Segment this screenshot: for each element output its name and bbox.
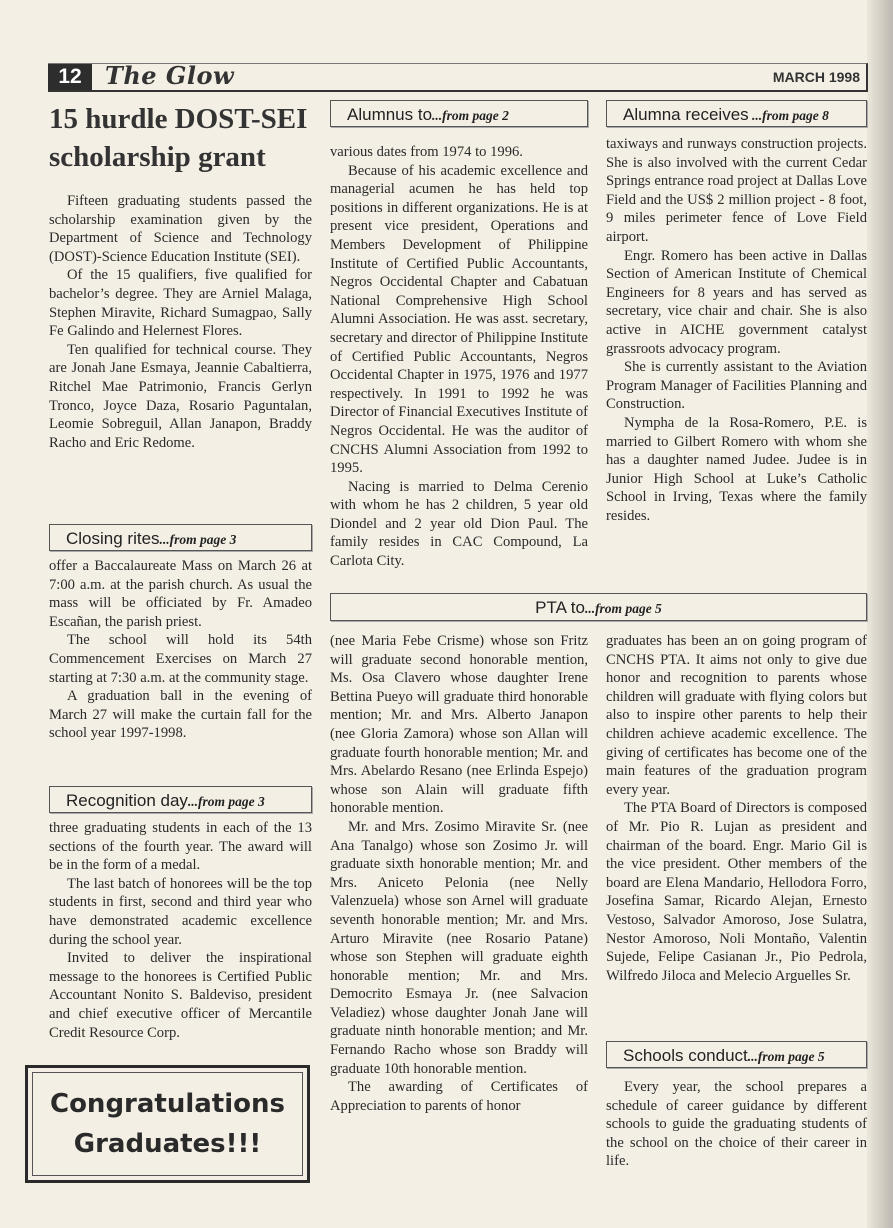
jump-header-closing-rites: Closing rites...from page 3 <box>49 524 312 551</box>
jump-title: Closing rites <box>66 529 160 548</box>
jump-from-page-link[interactable]: from page 2 <box>442 108 509 123</box>
pta-column-2: graduates has been an on going program o… <box>606 632 867 985</box>
recognition-day-section: Recognition day...from page 3 three grad… <box>49 786 312 1042</box>
article-paragraph: three graduating students in each of the… <box>49 819 312 875</box>
jump-from-page-link[interactable]: from page 8 <box>762 108 829 123</box>
article-paragraph: graduates has been an on going program o… <box>606 632 867 799</box>
jump-title: Alumna receives <box>623 105 749 124</box>
article-paragraph: Fifteen graduating students passed the s… <box>49 192 312 266</box>
article-paragraph: The PTA Board of Directors is composed o… <box>606 799 867 985</box>
headline-line-1: 15 hurdle DOST-SEI <box>49 103 307 135</box>
alumna-section: Alumna receives ...from page 8 taxiways … <box>606 100 867 525</box>
jump-ellipsis: ... <box>432 108 442 123</box>
congratulations-inner: Congratulations Graduates!!! <box>32 1072 303 1176</box>
issue-date: MARCH 1998 <box>773 69 860 85</box>
jump-header-schools-conduct: Schools conduct...from page 5 <box>606 1041 867 1068</box>
article-paragraph: The last batch of honorees will be the t… <box>49 875 312 949</box>
jump-ellipsis: ... <box>160 532 170 547</box>
schools-conduct-section: Schools conduct...from page 5 Every year… <box>606 1041 867 1171</box>
closing-rites-section: Closing rites...from page 3 offer a Bacc… <box>49 524 312 743</box>
jump-from-page-link[interactable]: from page 3 <box>198 794 265 809</box>
jump-title: PTA to <box>535 598 585 617</box>
article-paragraph: Engr. Romero has been active in Dallas S… <box>606 247 867 359</box>
article-paragraph: Mr. and Mrs. Zosimo Miravite Sr. (nee An… <box>330 818 588 1078</box>
article-paragraph: Every year, the school prepares a schedu… <box>606 1078 867 1171</box>
article-dost-sei: Fifteen graduating students passed the s… <box>49 192 312 452</box>
pta-column-1: (nee Maria Febe Crisme) whose son Fritz … <box>330 632 588 1115</box>
congrats-line-1: Congratulations <box>50 1084 285 1124</box>
article-paragraph: Invited to deliver the inspirational mes… <box>49 949 312 1042</box>
article-paragraph: taxiways and runways construction projec… <box>606 135 867 247</box>
jump-header-pta: PTA to...from page 5 <box>330 593 867 621</box>
article-paragraph: (nee Maria Febe Crisme) whose son Fritz … <box>330 632 588 818</box>
scan-page-edge <box>867 0 893 1228</box>
article-paragraph: Ten qualified for technical course. They… <box>49 341 312 453</box>
congrats-line-2: Graduates!!! <box>74 1124 261 1164</box>
left-column: 15 hurdle DOST-SEI scholarship grant Fif… <box>49 100 312 452</box>
masthead: 12 The Glow MARCH 1998 <box>48 63 868 92</box>
article-paragraph: offer a Baccalaureate Mass on March 26 a… <box>49 557 312 631</box>
jump-ellipsis: ... <box>585 601 595 616</box>
article-paragraph: A graduation ball in the evening of Marc… <box>49 687 312 743</box>
article-paragraph: various dates from 1974 to 1996. <box>330 143 588 162</box>
jump-from-page-link[interactable]: from page 5 <box>758 1049 825 1064</box>
jump-title: Schools conduct <box>623 1046 748 1065</box>
jump-ellipsis: ... <box>748 1049 758 1064</box>
article-paragraph: Nacing is married to Delma Cerenio with … <box>330 478 588 571</box>
jump-title: Recognition day <box>66 791 188 810</box>
article-paragraph: The school will hold its 54th Commenceme… <box>49 631 312 687</box>
jump-header-alumna: Alumna receives ...from page 8 <box>606 100 867 127</box>
jump-header-recognition-day: Recognition day...from page 3 <box>49 786 312 813</box>
jump-title: Alumnus to <box>347 105 432 124</box>
congratulations-box: Congratulations Graduates!!! <box>25 1065 310 1183</box>
headline-line-2: scholarship grant <box>49 141 266 173</box>
jump-from-page-link[interactable]: from page 3 <box>170 532 237 547</box>
article-paragraph: The awarding of Certificates of Apprecia… <box>330 1078 588 1115</box>
jump-ellipsis: ... <box>749 108 763 123</box>
alumnus-section: Alumnus to...from page 2 various dates f… <box>330 100 588 571</box>
article-paragraph: She is currently assistant to the Aviati… <box>606 358 867 414</box>
jump-from-page-link[interactable]: from page 5 <box>595 601 662 616</box>
jump-header-alumnus: Alumnus to...from page 2 <box>330 100 588 127</box>
article-paragraph: Because of his academic excellence and m… <box>330 162 588 478</box>
headline-dost-sei: 15 hurdle DOST-SEI scholarship grant <box>49 100 312 176</box>
page-number: 12 <box>48 64 92 90</box>
article-paragraph: Of the 15 qualifiers, five qualified for… <box>49 266 312 340</box>
paper-name: The Glow <box>105 61 234 90</box>
jump-ellipsis: ... <box>188 794 198 809</box>
article-paragraph: Nympha de la Rosa-Romero, P.E. is marrie… <box>606 414 867 526</box>
